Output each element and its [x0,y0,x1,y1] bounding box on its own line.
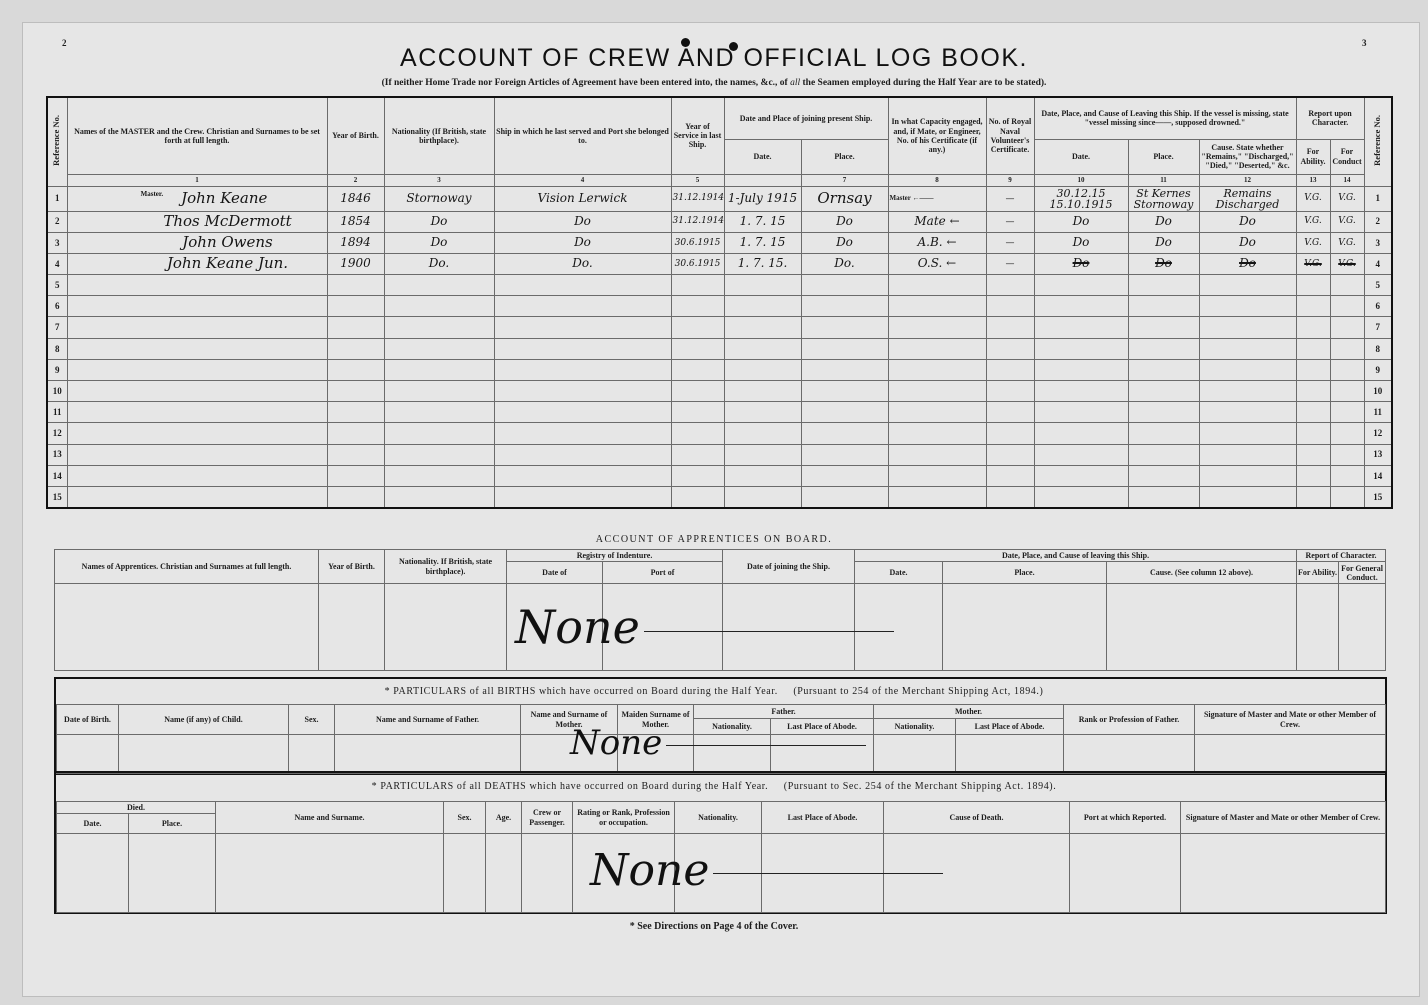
ref-number-right: 11 [1364,402,1392,423]
column-number: 12 [1199,174,1296,186]
joining-date: 1-July 1915 [724,186,801,211]
header-port-of: Port of [603,562,723,584]
last-ship: Vision Lerwick [494,186,671,211]
ref-number: 3 [47,232,67,253]
header-signature: Signature of Master and Mate or other Me… [1195,705,1386,735]
ref-number: 4 [47,253,67,274]
crew-row-empty: 1111 [47,402,1392,423]
header-father-name: Name and Surname of Father. [335,705,521,735]
header-signature: Signature of Master and Mate or other Me… [1181,802,1386,834]
header-reference-no: Reference No. [47,97,67,186]
year-of-service: 31.12.1914 [671,211,724,232]
ref-number-right: 9 [1364,359,1392,380]
deaths-title: * PARTICULARS of all DEATHS which have o… [0,781,1428,792]
header-joining-place: Place. [801,139,888,174]
crew-row-master: 1 Master.John Keane 1846 Stornoway Visio… [47,186,1392,211]
crew-row: 3 John Owens 1894 Do Do 30.6.1915 1. 7. … [47,232,1392,253]
header-mother-nationality: Nationality. [874,719,956,735]
header-year-of-birth: Year of Birth. [327,97,384,174]
footer-note: * See Directions on Page 4 of the Cover. [0,921,1428,932]
ref-number: 1 [47,186,67,211]
crew-name: Master.John Keane [67,186,327,211]
year-of-service: 31.12.1914 [671,186,724,211]
last-ship: Do. [494,253,671,274]
header-rating: Rating or Rank, Profession or occupation… [573,802,675,834]
header-leaving-place: Place. [1128,139,1199,174]
nationality: Do. [384,253,494,274]
joining-place: Do [801,211,888,232]
joining-place: Do [801,232,888,253]
crew-name: John Owens [67,232,327,253]
header-year-of-service: Year of Service in last Ship. [671,97,724,174]
ref-number-right: 1 [1364,186,1392,211]
header-last-ship: Ship in which he last served and Port sh… [494,97,671,174]
header-leaving-group: Date, Place, and Cause of leaving this S… [855,550,1297,562]
leaving-date: Do [1034,232,1128,253]
leaving-cause: Do [1199,232,1296,253]
header-ability: For Ability. [1297,562,1339,584]
header-nationality: Nationality (If British, state birthplac… [384,97,494,174]
header-place: Place. [943,562,1107,584]
ref-number-right: 14 [1364,465,1392,486]
header-names: Names of the MASTER and the Crew. Christ… [67,97,327,174]
column-number: 8 [888,174,986,186]
header-abode: Last Place of Abode. [762,802,884,834]
header-reference-no-right: Reference No. [1364,97,1392,186]
column-number: 5 [671,174,724,186]
header-date-of-birth: Date of Birth. [57,705,119,735]
header-mother-group: Mother. [874,705,1064,719]
crew-row-empty: 88 [47,338,1392,359]
nationality: Do [384,232,494,253]
header-leaving-group: Date, Place, and Cause of Leaving this S… [1034,97,1296,139]
nationality: Stornoway [384,186,494,211]
year-of-birth: 1900 [327,253,384,274]
rnv-certificate: — [986,186,1034,211]
crew-row-empty: 99 [47,359,1392,380]
ref-number: 11 [47,402,67,423]
conduct-rating: V.G. [1330,232,1364,253]
births-none-entry: None [570,723,866,763]
header-child-name: Name (if any) of Child. [119,705,289,735]
header-leaving-date: Date. [1034,139,1128,174]
rnv-certificate: — [986,253,1034,274]
header-year-of-birth: Year of Birth. [319,550,385,584]
header-apprentice-names: Names of Apprentices. Christian and Surn… [55,550,319,584]
column-number [724,174,801,186]
header-nationality: Nationality. If British, state birthplac… [385,550,507,584]
header-leaving-cause: Cause. State whether "Remains," "Dischar… [1199,139,1296,174]
leaving-place: Do [1128,253,1199,274]
crew-name: John Keane Jun. [67,253,327,274]
joining-date: 1. 7. 15 [724,211,801,232]
header-date: Date. [855,562,943,584]
header-report-group: Report of Character. [1297,550,1386,562]
header-registry-group: Registry of Indenture. [507,550,723,562]
ref-number-right: 15 [1364,486,1392,507]
leaving-place: Do [1128,211,1199,232]
ref-number-right: 5 [1364,275,1392,296]
nationality: Do [384,211,494,232]
joining-date: 1. 7. 15. [724,253,801,274]
ref-number-right: 3 [1364,232,1392,253]
ref-number-right: 12 [1364,423,1392,444]
crew-row-empty: 1212 [47,423,1392,444]
ref-number: 15 [47,486,67,507]
page-subtitle: (If neither Home Trade nor Foreign Artic… [0,78,1428,88]
header-capacity: In what Capacity engaged, and, if Mate, … [888,97,986,174]
leaving-place: St KernesStornoway [1128,186,1199,211]
column-number: 3 [384,174,494,186]
header-name: Name and Surname. [216,802,444,834]
header-father-rank: Rank or Profession of Father. [1064,705,1195,735]
apprentices-none-entry: None [515,600,894,654]
header-ability: For Ability. [1296,139,1330,174]
ref-number-right: 6 [1364,296,1392,317]
ref-number-right: 10 [1364,381,1392,402]
header-died-group: Died. [57,802,216,814]
header-age: Age. [486,802,522,834]
header-death-date: Date. [57,814,129,834]
ref-number: 14 [47,465,67,486]
ref-number-right: 4 [1364,253,1392,274]
ref-number: 9 [47,359,67,380]
column-number: 1 [67,174,327,186]
births-title: * PARTICULARS of all BIRTHS which have o… [0,686,1428,697]
crew-table: Reference No. Names of the MASTER and th… [46,96,1393,509]
conduct-rating: V.G. [1330,211,1364,232]
year-of-birth: 1846 [327,186,384,211]
deaths-none-entry: None [590,845,943,896]
ability-rating: V.G. [1296,232,1330,253]
ref-number-right: 2 [1364,211,1392,232]
header-date-of: Date of [507,562,603,584]
capacity: Master ←—— [888,186,986,211]
header-cause-of-death: Cause of Death. [884,802,1070,834]
header-joining-date: Date. [724,139,801,174]
last-ship: Do [494,211,671,232]
capacity: O.S. ← [888,253,986,274]
column-number: 9 [986,174,1034,186]
year-of-service: 30.6.1915 [671,253,724,274]
crew-row: 2 Thos McDermott 1854 Do Do 31.12.1914 1… [47,211,1392,232]
capacity: Mate ← [888,211,986,232]
ref-number: 5 [47,275,67,296]
column-number: 7 [801,174,888,186]
joining-date: 1. 7. 15 [724,232,801,253]
header-conduct: For General Conduct. [1339,562,1386,584]
page-title: ACCOUNT OF CREW AND OFFICIAL LOG BOOK. [0,44,1428,73]
header-crew-or-passenger: Crew or Passenger. [522,802,573,834]
ref-number: 2 [47,211,67,232]
crew-row-empty: 1515 [47,486,1392,507]
ref-number: 10 [47,381,67,402]
last-ship: Do [494,232,671,253]
ref-number: 12 [47,423,67,444]
leaving-date: Do [1034,211,1128,232]
header-port-reported: Port at which Reported. [1070,802,1181,834]
header-joining-group: Date and Place of joining present Ship. [724,97,888,139]
crew-row-empty: 66 [47,296,1392,317]
column-number: 13 [1296,174,1330,186]
joining-place: Ornsay [801,186,888,211]
header-cause: Cause. (See column 12 above). [1107,562,1297,584]
leaving-cause: Do [1199,253,1296,274]
crew-row-empty: 1414 [47,465,1392,486]
column-number: 10 [1034,174,1128,186]
leaving-cause: Do [1199,211,1296,232]
ref-number: 6 [47,296,67,317]
header-father-group: Father. [694,705,874,719]
year-of-service: 30.6.1915 [671,232,724,253]
apprentices-title: ACCOUNT OF APPRENTICES ON BOARD. [0,534,1428,545]
header-nationality: Nationality. [675,802,762,834]
crew-row-empty: 1010 [47,381,1392,402]
header-sex: Sex. [444,802,486,834]
header-joining: Date of joining the Ship. [723,550,855,584]
joining-place: Do. [801,253,888,274]
header-sex: Sex. [289,705,335,735]
year-of-birth: 1854 [327,211,384,232]
ability-rating: V.G. [1296,211,1330,232]
header-rnv-certificate: No. of Royal Naval Volunteer's Certifica… [986,97,1034,174]
crew-row-empty: 77 [47,317,1392,338]
leaving-place: Do [1128,232,1199,253]
capacity: A.B. ← [888,232,986,253]
column-number: 2 [327,174,384,186]
column-number: 4 [494,174,671,186]
column-number: 14 [1330,174,1364,186]
crew-row: 4 John Keane Jun. 1900 Do. Do. 30.6.1915… [47,253,1392,274]
ref-number-right: 7 [1364,317,1392,338]
header-mother-abode: Last Place of Abode. [956,719,1064,735]
header-death-place: Place. [129,814,216,834]
rnv-certificate: — [986,211,1034,232]
ref-number-right: 8 [1364,338,1392,359]
leaving-date: 30.12.1515.10.1915 [1034,186,1128,211]
ref-number: 7 [47,317,67,338]
column-number: 11 [1128,174,1199,186]
ref-number: 8 [47,338,67,359]
leaving-cause: RemainsDischarged [1199,186,1296,211]
crew-name: Thos McDermott [67,211,327,232]
ref-number: 13 [47,444,67,465]
header-conduct: For Conduct [1330,139,1364,174]
conduct-rating: V.G. [1330,186,1364,211]
ability-rating: V.G. [1296,253,1330,274]
ability-rating: V.G. [1296,186,1330,211]
crew-row-empty: 1313 [47,444,1392,465]
year-of-birth: 1894 [327,232,384,253]
rnv-certificate: — [986,232,1034,253]
conduct-rating: V.G. [1330,253,1364,274]
crew-row-empty: 55 [47,275,1392,296]
ref-number-right: 13 [1364,444,1392,465]
leaving-date: Do [1034,253,1128,274]
header-report-group: Report upon Character. [1296,97,1364,139]
